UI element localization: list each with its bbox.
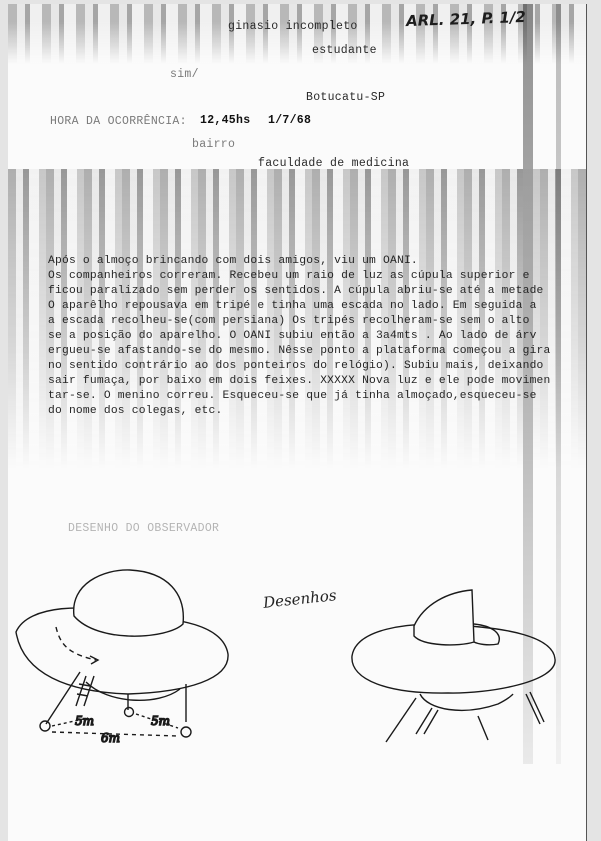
ufo-sketches: 5m 5m 6m	[8, 4, 586, 841]
svg-text:5m: 5m	[151, 714, 170, 728]
ufo-sketch-right	[352, 590, 555, 742]
svg-text:6m: 6m	[101, 731, 120, 745]
scanned-document-page: ARL. 21, P. 1/2 ginasio incompleto estud…	[8, 4, 587, 841]
svg-text:5m: 5m	[75, 714, 94, 728]
ufo-sketch-left: 5m 5m 6m	[16, 570, 228, 745]
